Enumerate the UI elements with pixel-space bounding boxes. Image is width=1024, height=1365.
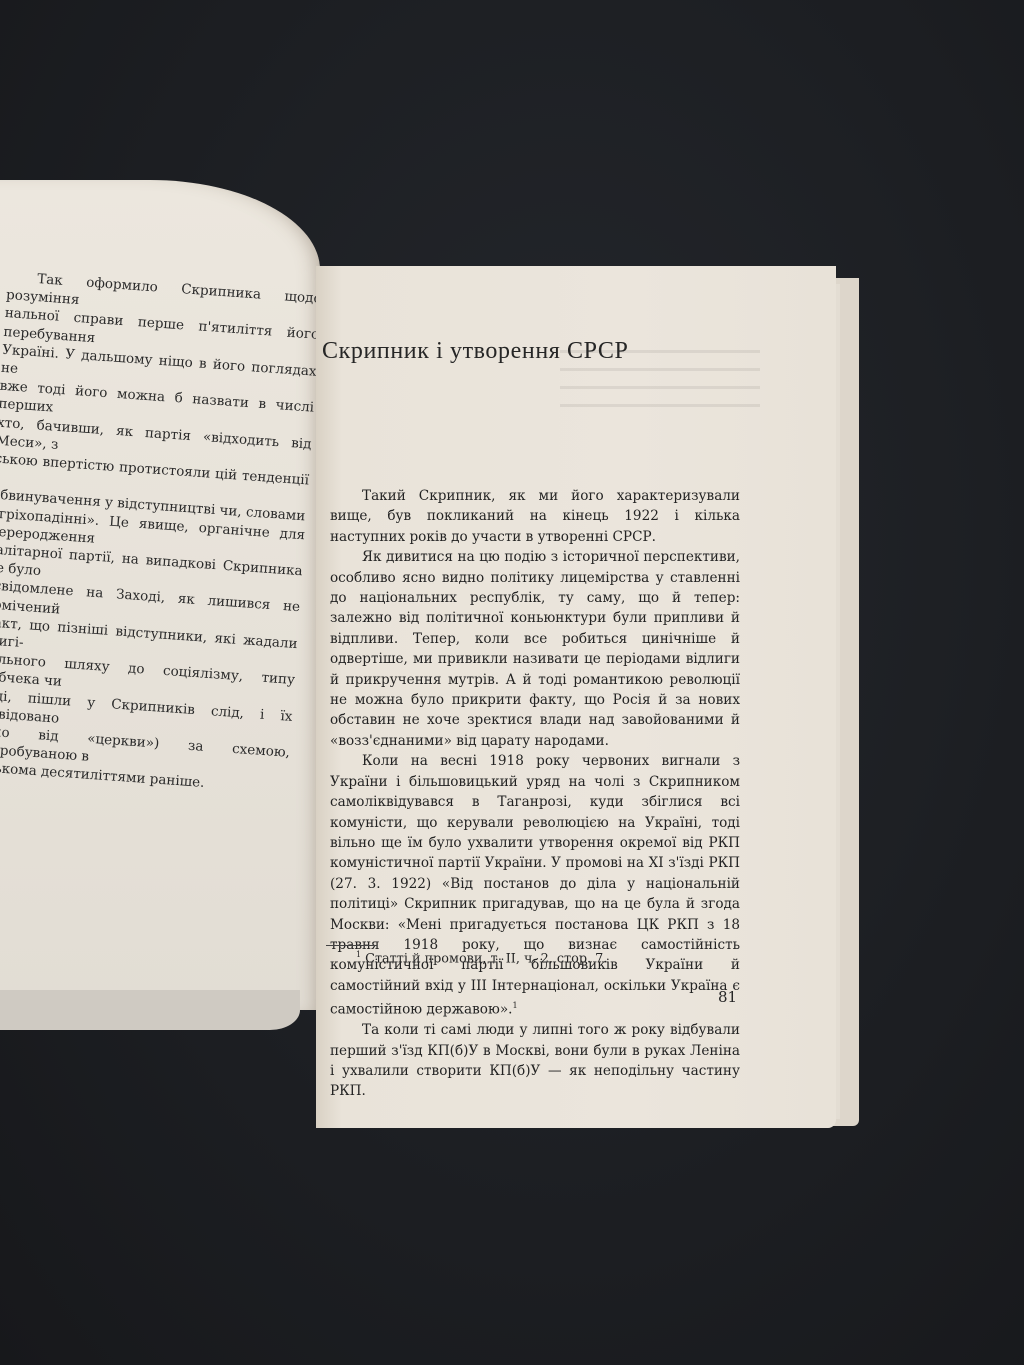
paragraph: Як дивитися на цю подію з історичної пер…: [330, 547, 740, 751]
footnote-marker: 1: [356, 950, 361, 959]
page-number: 81: [718, 988, 737, 1006]
chapter-title: Скрипник і утворення СРСР: [322, 338, 628, 365]
footnote-divider: [326, 945, 376, 946]
footnote-ref: 1: [512, 1001, 517, 1010]
left-page-edge: [0, 990, 300, 1030]
footnote: 1 Статті й промови, т. II, ч. 2, стор. 7…: [356, 950, 607, 966]
right-page-body: Такий Скрипник, як ми його характеризува…: [330, 486, 740, 1102]
left-page-text: Так оформило Скрипника щодо розуміння на…: [0, 268, 322, 798]
paragraph: Та коли ті самі люди у липні того ж року…: [330, 1020, 740, 1102]
paragraph: Коли на весні 1918 року червоних вигнали…: [330, 751, 740, 1020]
paragraph: Такий Скрипник, як ми його характеризува…: [330, 486, 740, 547]
paragraph-text: Коли на весні 1918 року червоних вигнали…: [330, 753, 740, 1017]
footnote-text: Статті й промови, т. II, ч. 2, стор. 7.: [365, 951, 607, 966]
